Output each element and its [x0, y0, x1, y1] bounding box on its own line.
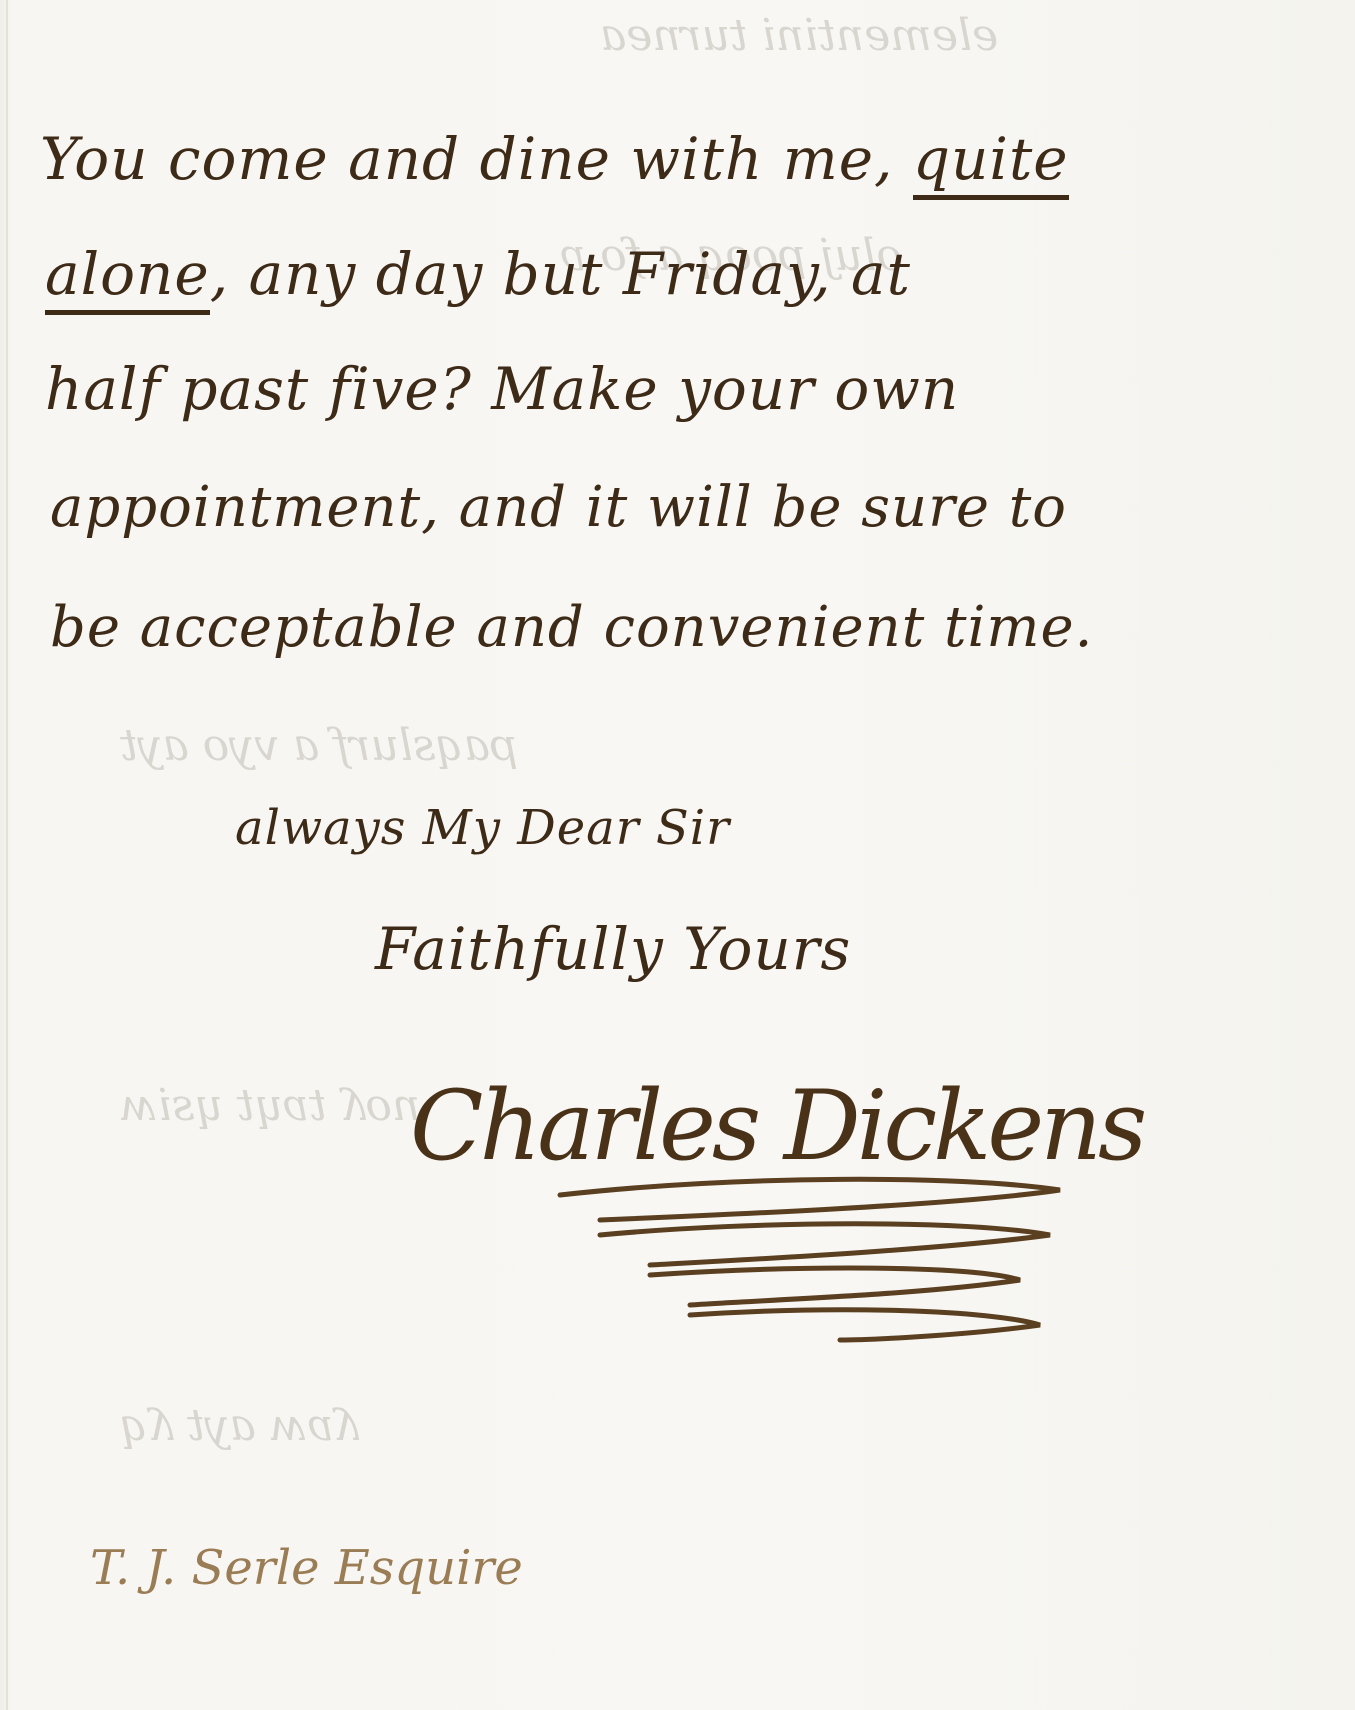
signature-flourish — [540, 1165, 1100, 1355]
letter-page: elementini turnea oluj pooq a fo ɐ paqsl… — [0, 0, 1355, 1710]
letter-line-3: half past five? Make your own — [45, 355, 959, 423]
letter-line-5: be acceptable and convenient time. — [50, 595, 1093, 660]
letter-line-4: appointment, and it will be sure to — [50, 475, 1067, 540]
letter-line-2: alone, any day but Friday, at — [45, 240, 911, 308]
valediction: Faithfully Yours — [375, 915, 851, 983]
addressee: T. J. Serle Esquire — [90, 1540, 523, 1596]
underlined-word: alone — [45, 240, 210, 315]
bleed-through-text: paqslurf a vyo ayt — [120, 720, 518, 771]
closing-line: always My Dear Sir — [235, 800, 730, 856]
bleed-through-text: ʎɐʍ ayt ʎq — [120, 1400, 359, 1451]
underlined-word: quite — [913, 125, 1069, 200]
page-edge — [6, 0, 8, 1710]
bleed-through-text: elementini turnea — [600, 10, 998, 61]
letter-line-1: You come and dine with me, quite — [40, 125, 1069, 193]
bleed-through-text: noʎ tɐɥt ɥsiʍ — [120, 1080, 420, 1131]
